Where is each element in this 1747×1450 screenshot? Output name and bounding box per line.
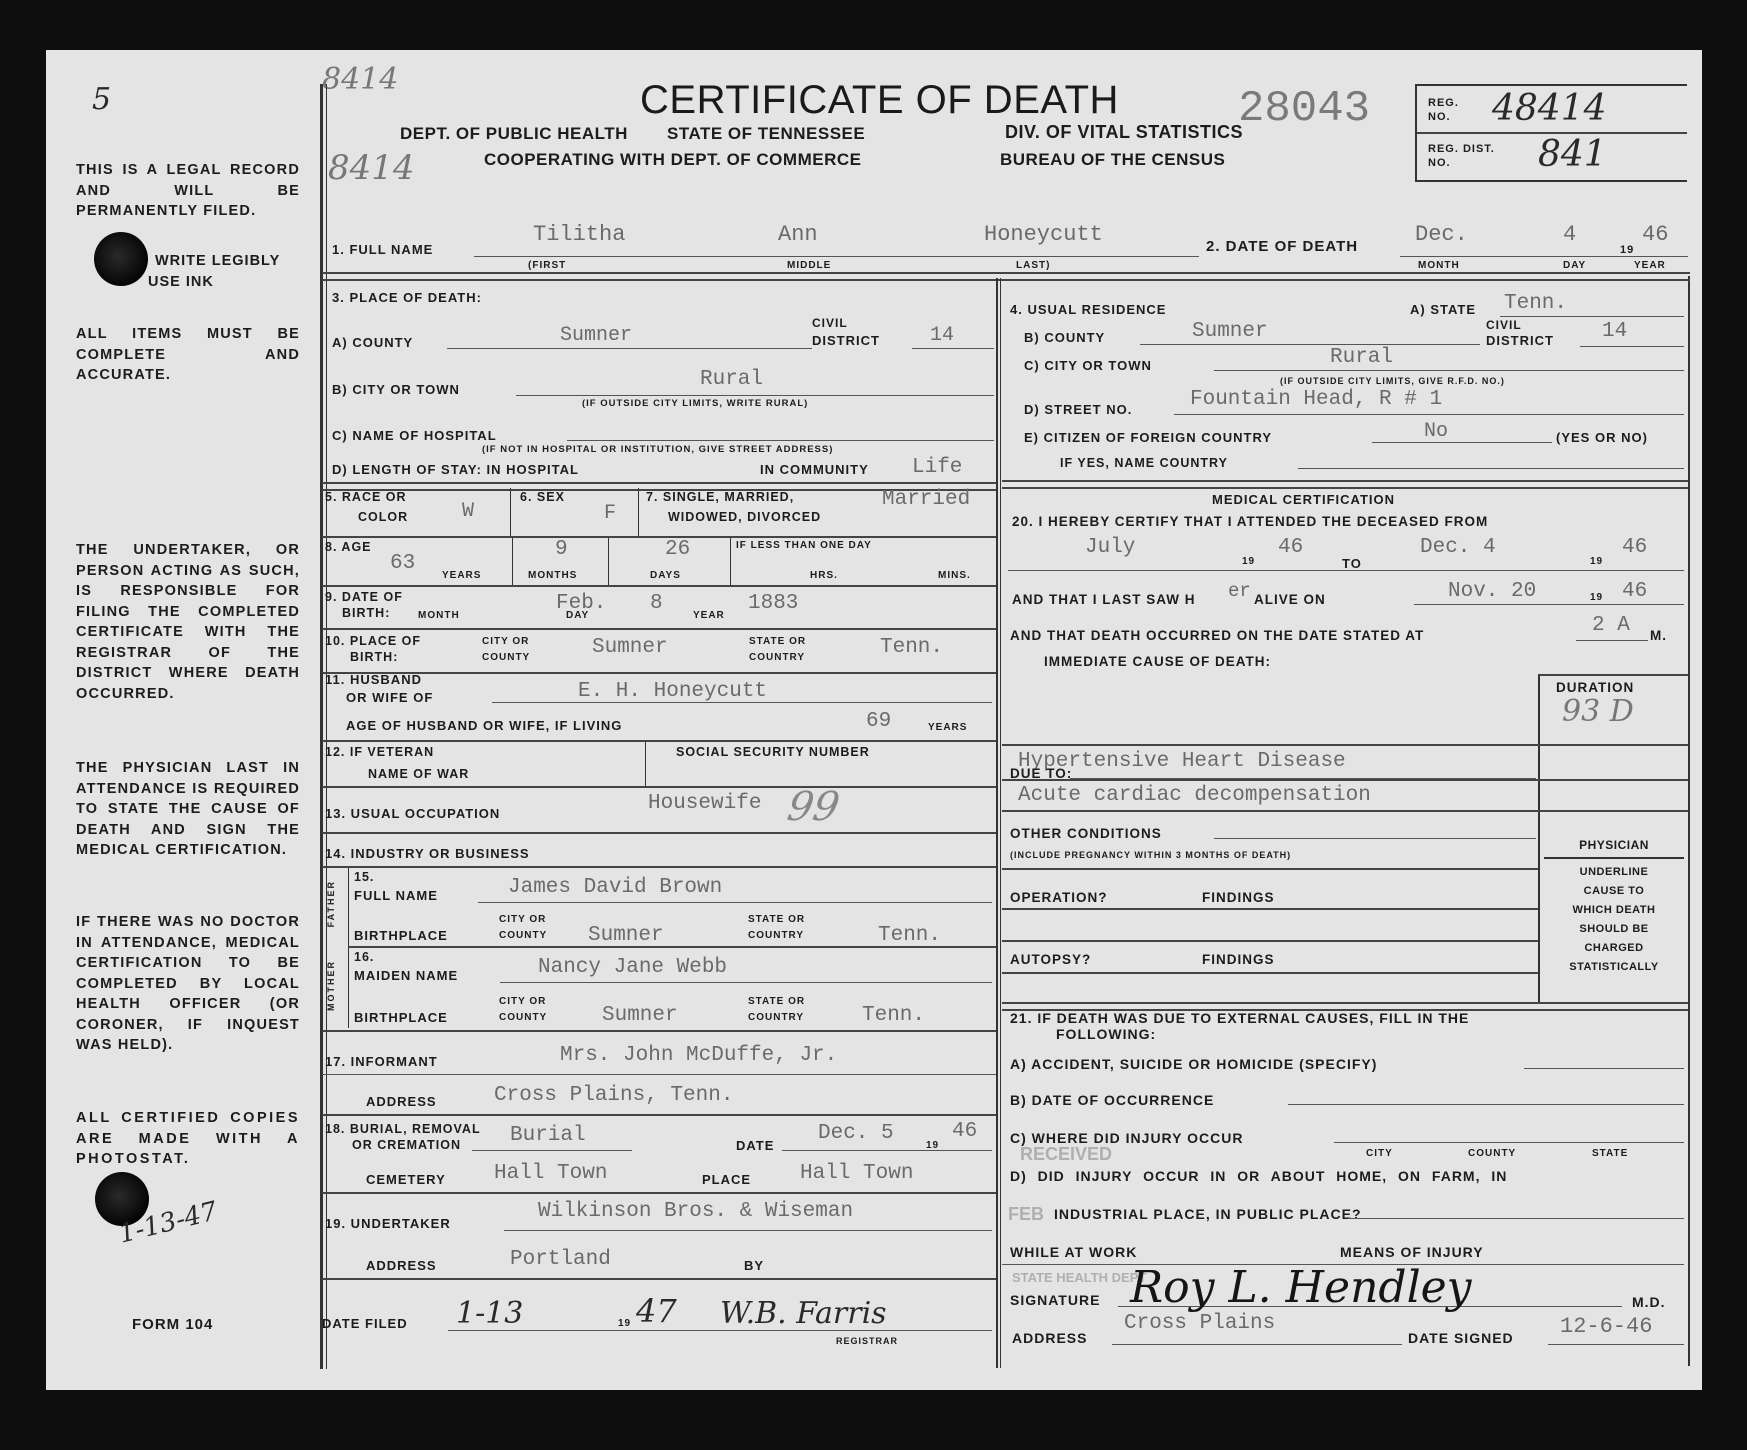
to-label: TO — [1342, 556, 1362, 571]
attended-from-year: 46 — [1278, 536, 1303, 559]
date-signed-line — [1548, 1344, 1684, 1345]
signature-label: SIGNATURE — [1010, 1292, 1100, 1308]
usual-residence-label: 4. USUAL RESIDENCE — [1010, 302, 1166, 317]
attended-to-century: 19 — [1590, 556, 1603, 567]
middle-name-value: Ann — [778, 222, 818, 247]
pob-city-hint-1: CITY OR — [482, 636, 529, 647]
pob-state-value: Tenn. — [880, 636, 943, 659]
reg-no-label: REG. NO. — [1428, 96, 1476, 124]
dob-label-2: BIRTH: — [342, 606, 390, 620]
item8-divider — [322, 585, 996, 587]
autopsy-label: AUTOPSY? — [1010, 952, 1091, 967]
immediate-cause-label: IMMEDIATE CAUSE OF DEATH: — [1044, 654, 1271, 669]
time-of-death: 2 A — [1592, 614, 1630, 637]
age-years-value: 63 — [390, 552, 415, 575]
form-right-border — [1688, 276, 1690, 1366]
duration-box-top — [1538, 674, 1688, 676]
divider-veteran — [645, 742, 646, 786]
father-side-label: FATHER — [326, 880, 336, 927]
item12-divider — [322, 786, 996, 788]
divider-5-6 — [510, 488, 511, 536]
cause-2-value[interactable]: Acute cardiac decompensation — [1018, 784, 1371, 807]
punch-hole-top — [94, 232, 148, 286]
res-civil-value: 14 — [1602, 320, 1627, 343]
citizen-line — [1372, 442, 1552, 443]
column-divider-inner — [1000, 278, 1001, 1368]
sidebar-no-doctor-note: IF THERE WAS NO DOCTOR IN ATTENDANCE, ME… — [76, 912, 300, 1056]
column-divider — [996, 278, 998, 1368]
physician-note-line: CHARGED — [1544, 939, 1684, 958]
father-name-value: James David Brown — [508, 876, 722, 899]
operation-divider — [1002, 908, 1538, 910]
date-of-death-line — [1400, 256, 1688, 257]
other-conditions-line — [1214, 838, 1536, 839]
res-street-label: D) STREET NO. — [1024, 402, 1132, 417]
res-county-value: Sumner — [1192, 320, 1268, 343]
use-ink-note: USE INK — [148, 274, 214, 290]
last-hint: LAST) — [1016, 260, 1050, 271]
burial-century: 19 — [926, 1140, 939, 1151]
death-day-value: 4 — [1563, 222, 1576, 247]
father-county-value: Sumner — [588, 924, 664, 947]
date-occurrence-line — [1288, 1104, 1684, 1105]
medical-cert-line1: 20. I HEREBY CERTIFY THAT I ATTENDED THE… — [1012, 514, 1488, 529]
date-occurrence-label: B) DATE OF OCCURRENCE — [1010, 1092, 1214, 1108]
mother-name-label: MAIDEN NAME — [354, 968, 458, 983]
informant-address-value: Cross Plains, Tenn. — [494, 1084, 733, 1107]
res-civil-line — [1580, 346, 1684, 347]
father-state-hint-2: COUNTRY — [748, 930, 804, 941]
item7-divider — [322, 536, 996, 538]
in-community-label: IN COMMUNITY — [760, 462, 869, 477]
death-county-label: A) COUNTY — [332, 335, 413, 350]
item17-divider — [322, 1114, 996, 1116]
occupation-code: 99 — [784, 784, 843, 830]
dob-label-1: 9. DATE OF — [325, 590, 403, 604]
physician-address-line — [1112, 1344, 1402, 1345]
hospital-hint: (IF NOT IN HOSPITAL OR INSTITUTION, GIVE… — [482, 444, 833, 455]
dob-day-hint: DAY — [566, 610, 589, 621]
parents-side-divider — [348, 868, 349, 1028]
other-divider — [1002, 868, 1538, 870]
physician-address-value: Cross Plains — [1124, 1312, 1275, 1335]
divider-age-1 — [512, 538, 513, 586]
year-hint: YEAR — [1634, 260, 1666, 271]
res-city-value: Rural — [1330, 346, 1393, 369]
mother-birthplace-label: BIRTHPLACE — [354, 1010, 448, 1025]
burial-label-2: OR CREMATION — [352, 1138, 461, 1152]
hospital-line — [567, 440, 994, 441]
mins-hint: MINS. — [938, 570, 971, 581]
divider-age-2 — [608, 538, 609, 586]
date-signed-value: 12-6-46 — [1560, 1314, 1652, 1339]
pob-county-value: Sumner — [592, 636, 668, 659]
division-vital-statistics: DIV. OF VITAL STATISTICS — [1005, 122, 1243, 143]
in-community-value: Life — [912, 456, 962, 479]
father-state-value: Tenn. — [878, 924, 941, 947]
marital-value: Married — [882, 488, 970, 511]
res-state-value: Tenn. — [1504, 292, 1567, 315]
home-farm-label: D) DID INJURY OCCUR IN OR ABOUT HOME, ON… — [1010, 1168, 1507, 1184]
sidebar-legal-note: THIS IS A LEGAL RECORD AND WILL BE PERMA… — [76, 160, 300, 222]
race-label-2: COLOR — [358, 510, 408, 524]
where-state-hint: STATE — [1592, 1148, 1628, 1159]
place-value: Hall Town — [800, 1162, 913, 1185]
external-causes-label-1: 21. IF DEATH WAS DUE TO EXTERNAL CAUSES,… — [1010, 1010, 1469, 1026]
dob-month-hint: MONTH — [418, 610, 460, 621]
father-city-hint-1: CITY OR — [499, 914, 546, 925]
race-label-1: 5. RACE OR — [325, 490, 407, 504]
sex-value: F — [604, 502, 616, 525]
sidebar-physician-note: THE PHYSICIAN LAST IN ATTENDANCE IS REQU… — [76, 758, 300, 861]
mother-city-hint-2: COUNTY — [499, 1012, 547, 1023]
means-of-injury-label: MEANS OF INJURY — [1340, 1244, 1484, 1260]
undertaker-address-label: ADDRESS — [366, 1258, 437, 1273]
sidebar-photostat-note: ALL CERTIFIED COPIES ARE MADE WITH A PHO… — [76, 1108, 300, 1170]
age-label: 8. AGE — [325, 540, 372, 554]
less-than-day-label: IF LESS THAN ONE DAY — [736, 540, 872, 551]
while-at-work-label: WHILE AT WORK — [1010, 1244, 1137, 1260]
due-to-label: DUE TO: — [1010, 766, 1072, 781]
certificate-title: CERTIFICATE OF DEATH — [640, 78, 1119, 123]
filed-year-value: 47 — [636, 1292, 677, 1330]
res-city-line — [1214, 370, 1684, 371]
place-label: PLACE — [702, 1172, 751, 1187]
veteran-label-1: 12. IF VETERAN — [325, 745, 434, 759]
last-saw-century: 19 — [1590, 592, 1603, 603]
mother-city-hint-1: CITY OR — [499, 996, 546, 1007]
sidebar-undertaker-note: THE UNDERTAKER, OR PERSON ACTING AS SUCH… — [76, 540, 300, 704]
autopsy-divider — [1002, 972, 1538, 974]
years-hint: YEARS — [442, 570, 481, 581]
race-value: W — [462, 500, 474, 523]
res-street-value: Fountain Head, R # 1 — [1190, 388, 1442, 411]
informant-value: Mrs. John McDuffe, Jr. — [560, 1044, 837, 1067]
death-month-value: Dec. — [1415, 222, 1468, 247]
father-city-hint-2: COUNTY — [499, 930, 547, 941]
undertaker-line — [504, 1230, 992, 1231]
burial-date-label: DATE — [736, 1138, 774, 1153]
other-conditions-label: OTHER CONDITIONS — [1010, 826, 1162, 841]
occupation-value: Housewife — [648, 792, 761, 815]
operation-label: OPERATION? — [1010, 890, 1108, 905]
external-causes-label-2: FOLLOWING: — [1056, 1026, 1156, 1042]
date-signed-label: DATE SIGNED — [1408, 1330, 1514, 1346]
father-birthplace-label: BIRTHPLACE — [354, 928, 448, 943]
spouse-value: E. H. Honeycutt — [578, 680, 767, 703]
months-hint: MONTHS — [528, 570, 577, 581]
citizen-value: No — [1424, 420, 1448, 443]
mother-state-value: Tenn. — [862, 1004, 925, 1027]
stamped-number: 28043 — [1238, 84, 1370, 134]
autopsy-findings-label: FINDINGS — [1202, 952, 1275, 967]
header-divider — [322, 272, 1690, 281]
days-hint: DAYS — [650, 570, 681, 581]
physician-underline-note: PHYSICIANUNDERLINECAUSE TOWHICH DEATHSHO… — [1544, 836, 1684, 977]
hrs-hint: HRS. — [810, 570, 838, 581]
margin-note-2: 8414 — [328, 148, 415, 188]
res-state-label: A) STATE — [1410, 302, 1476, 317]
death-century: 19 — [1620, 244, 1634, 256]
date-of-death-label: 2. DATE OF DEATH — [1206, 238, 1358, 255]
first-hint: (FIRST — [528, 260, 566, 271]
mother-side-label: MOTHER — [326, 960, 336, 1011]
item19-divider — [322, 1278, 996, 1280]
pob-state-hint-1: STATE OR — [749, 636, 806, 647]
pob-city-hint-2: COUNTY — [482, 652, 530, 663]
pob-label-1: 10. PLACE OF — [325, 634, 421, 648]
last-saw-year: 46 — [1622, 580, 1647, 603]
divider-age-3 — [730, 538, 731, 586]
length-of-stay-label: D) LENGTH OF STAY: IN HOSPITAL — [332, 462, 579, 477]
age-months-value: 9 — [555, 538, 568, 561]
mother-state-hint-2: COUNTRY — [748, 1012, 804, 1023]
mother-name-line — [500, 982, 992, 983]
by-label: BY — [744, 1258, 764, 1273]
registrar-signature[interactable]: W.B. Farris — [720, 1296, 887, 1331]
operation-findings-label: FINDINGS — [1202, 890, 1275, 905]
mother-state-hint-1: STATE OR — [748, 996, 805, 1007]
date-filed-label: DATE FILED — [322, 1316, 408, 1331]
spouse-age-label: AGE OF HUSBAND OR WIFE, IF LIVING — [346, 718, 622, 733]
dob-year-hint: YEAR — [693, 610, 725, 621]
divider-6-7 — [638, 488, 639, 536]
cause-line-1 — [1002, 744, 1688, 746]
full-name-line — [474, 256, 1199, 257]
alive-on-label: ALIVE ON — [1254, 592, 1326, 607]
form-number: FORM 104 — [132, 1316, 213, 1333]
industrial-place-line — [1348, 1218, 1684, 1219]
res-county-label: B) COUNTY — [1024, 330, 1105, 345]
reg-no-value: 48414 — [1492, 88, 1607, 129]
death-city-value: Rural — [700, 368, 763, 391]
spouse-label-2: OR WIFE OF — [346, 690, 433, 705]
place-of-death-label: 3. PLACE OF DEATH: — [332, 290, 482, 305]
cause-line-3 — [1002, 810, 1688, 812]
item11-divider — [322, 740, 996, 742]
industry-label: 14. INDUSTRY OR BUSINESS — [325, 846, 530, 861]
filed-century: 19 — [618, 1318, 631, 1329]
due-to-line — [1070, 778, 1536, 779]
father-divider — [348, 946, 996, 948]
pob-label-2: BIRTH: — [350, 650, 398, 664]
attended-from-century: 19 — [1242, 556, 1255, 567]
spouse-years-hint: YEARS — [928, 722, 967, 733]
physician-note-line: STATISTICALLY — [1544, 958, 1684, 977]
state-of-tennessee: STATE OF TENNESSEE — [667, 124, 865, 144]
spouse-label-1: 11. HUSBAND — [325, 672, 422, 687]
industrial-place-label: INDUSTRIAL PLACE, IN PUBLIC PLACE? — [1054, 1206, 1362, 1222]
item9-divider — [322, 628, 996, 630]
full-name-label: 1. FULL NAME — [332, 242, 433, 257]
burial-year-value: 46 — [952, 1120, 977, 1143]
time-line — [1576, 640, 1648, 641]
received-stamp: RECEIVED — [1020, 1144, 1112, 1165]
yes-no-hint: (YES OR NO) — [1556, 430, 1648, 445]
death-city-label: B) CITY OR TOWN — [332, 382, 460, 397]
burial-value: Burial — [510, 1124, 586, 1147]
death-city-line — [516, 395, 994, 396]
res-street-line — [1174, 414, 1684, 415]
father-num: 15. — [354, 870, 374, 884]
dob-year-value: 1883 — [748, 592, 798, 615]
death-county-value: Sumner — [560, 324, 632, 347]
informant-address-label: ADDRESS — [366, 1094, 437, 1109]
mother-county-value: Sumner — [602, 1004, 678, 1027]
physician-note-line: PHYSICIAN — [1544, 836, 1684, 859]
where-county-hint: COUNTY — [1468, 1148, 1516, 1159]
res-civil-label-1: CIVIL — [1486, 318, 1522, 332]
res-city-hint: (IF OUTSIDE CITY LIMITS, GIVE R.F.D. NO.… — [1280, 376, 1505, 386]
margin-note-1: 8414 — [322, 62, 398, 97]
item10-divider — [322, 672, 996, 674]
name-country-label: IF YES, NAME COUNTRY — [1060, 456, 1228, 470]
age-days-value: 26 — [665, 538, 690, 561]
res-civil-label-2: DISTRICT — [1486, 333, 1554, 348]
write-legibly-note: WRITE LEGIBLY — [155, 253, 280, 269]
health-dept-stamp: STATE HEALTH DEPT — [1012, 1270, 1146, 1285]
death-city-hint: (IF OUTSIDE CITY LIMITS, WRITE RURAL) — [582, 398, 808, 409]
operation-line-2 — [1002, 940, 1538, 942]
ssn-label: SOCIAL SECURITY NUMBER — [676, 745, 870, 759]
hospital-label: C) NAME OF HOSPITAL — [332, 428, 497, 443]
mother-num: 16. — [354, 950, 374, 964]
month-hint: MONTH — [1418, 260, 1460, 271]
last-saw-fill: er — [1228, 580, 1251, 602]
first-name-value: Tilitha — [533, 222, 625, 247]
last-name-value: Honeycutt — [984, 222, 1103, 247]
cemetery-value: Hall Town — [494, 1162, 607, 1185]
death-civil-label-2: DISTRICT — [812, 333, 880, 348]
where-injury-line — [1334, 1142, 1684, 1143]
cemetery-label: CEMETERY — [366, 1172, 446, 1187]
mother-name-value: Nancy Jane Webb — [538, 956, 727, 979]
undertaker-label: 19. UNDERTAKER — [325, 1216, 451, 1231]
accident-label: A) ACCIDENT, SUICIDE OR HOMICIDE (SPECIF… — [1010, 1056, 1377, 1072]
margin-mark: 5 — [92, 82, 111, 117]
occurred-at-label: AND THAT DEATH OCCURRED ON THE DATE STAT… — [1010, 628, 1424, 643]
bureau-of-census: BUREAU OF THE CENSUS — [1000, 150, 1225, 170]
burial-label-1: 18. BURIAL, REMOVAL — [325, 1122, 481, 1136]
physician-address-label: ADDRESS — [1012, 1330, 1087, 1346]
duration-value: 93 D — [1562, 694, 1634, 729]
reg-dist-value: 841 — [1538, 134, 1607, 175]
duration-label: DURATION — [1556, 680, 1634, 695]
md-label: M.D. — [1632, 1294, 1666, 1310]
item13-divider — [322, 832, 996, 834]
marital-label-1: 7. SINGLE, MARRIED, — [646, 490, 794, 504]
marital-label-2: WIDOWED, DIVORCED — [668, 510, 821, 524]
burial-date-value: Dec. 5 — [818, 1122, 894, 1145]
res-city-label: C) CITY OR TOWN — [1024, 358, 1152, 373]
physician-signature[interactable]: Roy L. Hendley — [1130, 1262, 1472, 1313]
last-saw-line — [1414, 604, 1684, 605]
pob-state-hint-2: COUNTRY — [749, 652, 805, 663]
physician-note-line: UNDERLINE — [1544, 863, 1684, 882]
duration-box-left — [1538, 674, 1540, 1004]
other-conditions-hint: (INCLUDE PREGNANCY WITHIN 3 MONTHS OF DE… — [1010, 850, 1291, 860]
where-city-hint: CITY — [1366, 1148, 1393, 1159]
m-label: M. — [1650, 628, 1667, 643]
dob-day-value: 8 — [650, 592, 663, 615]
sex-label: 6. SEX — [520, 490, 565, 504]
spouse-age-value: 69 — [866, 710, 891, 733]
name-country-line — [1298, 468, 1684, 469]
father-name-line — [478, 902, 992, 903]
cooperating-dept-commerce: COOPERATING WITH DEPT. OF COMMERCE — [484, 150, 861, 170]
undertaker-address-value: Portland — [510, 1248, 611, 1271]
middle-hint: MIDDLE — [787, 260, 831, 271]
informant-line — [322, 1074, 996, 1075]
item18-divider — [322, 1192, 996, 1194]
accident-line — [1524, 1068, 1684, 1069]
undertaker-value: Wilkinson Bros. & Wiseman — [538, 1200, 853, 1223]
burial-line — [472, 1150, 632, 1151]
attended-to-year: 46 — [1622, 536, 1647, 559]
registrar-label: REGISTRAR — [836, 1336, 898, 1346]
death-civil-line — [912, 348, 994, 349]
last-saw-label: AND THAT I LAST SAW H — [1012, 592, 1196, 607]
citizen-label: E) CITIZEN OF FOREIGN COUNTRY — [1024, 430, 1272, 445]
occupation-label: 13. USUAL OCCUPATION — [325, 806, 500, 821]
mother-divider — [322, 1030, 996, 1032]
father-name-label: FULL NAME — [354, 888, 438, 903]
item14-divider — [322, 866, 996, 868]
day-hint: DAY — [1563, 260, 1586, 271]
res-county-line — [1140, 344, 1480, 345]
death-civil-value: 14 — [930, 324, 954, 347]
veteran-label-2: NAME OF WAR — [368, 767, 469, 781]
physician-note-line: SHOULD BE — [1544, 920, 1684, 939]
burial-date-line — [782, 1150, 992, 1151]
cause-line-2 — [1002, 779, 1688, 781]
death-civil-label-1: CIVIL — [812, 316, 848, 330]
medical-cert-title: MEDICAL CERTIFICATION — [1212, 492, 1395, 507]
physician-note-line: WHICH DEATH — [1544, 901, 1684, 920]
death-year-value: 46 — [1642, 222, 1668, 247]
dept-public-health: DEPT. OF PUBLIC HEALTH — [400, 124, 628, 144]
physician-note-line: CAUSE TO — [1544, 882, 1684, 901]
informant-label: 17. INFORMANT — [325, 1054, 438, 1069]
date-filed-value: 1-13 — [456, 1296, 523, 1331]
father-state-hint-1: STATE OR — [748, 914, 805, 925]
item4-divider — [1002, 480, 1688, 489]
res-state-line — [1500, 316, 1684, 317]
attended-to-date: Dec. 4 — [1420, 536, 1496, 559]
feb-stamp: FEB — [1008, 1204, 1044, 1225]
last-saw-date: Nov. 20 — [1448, 580, 1536, 603]
attended-from-month: July — [1085, 536, 1135, 559]
death-county-line — [447, 348, 812, 349]
sidebar-complete-note: ALL ITEMS MUST BE COMPLETE AND ACCURATE. — [76, 324, 300, 386]
reg-dist-label: REG. DIST. NO. — [1428, 142, 1518, 170]
